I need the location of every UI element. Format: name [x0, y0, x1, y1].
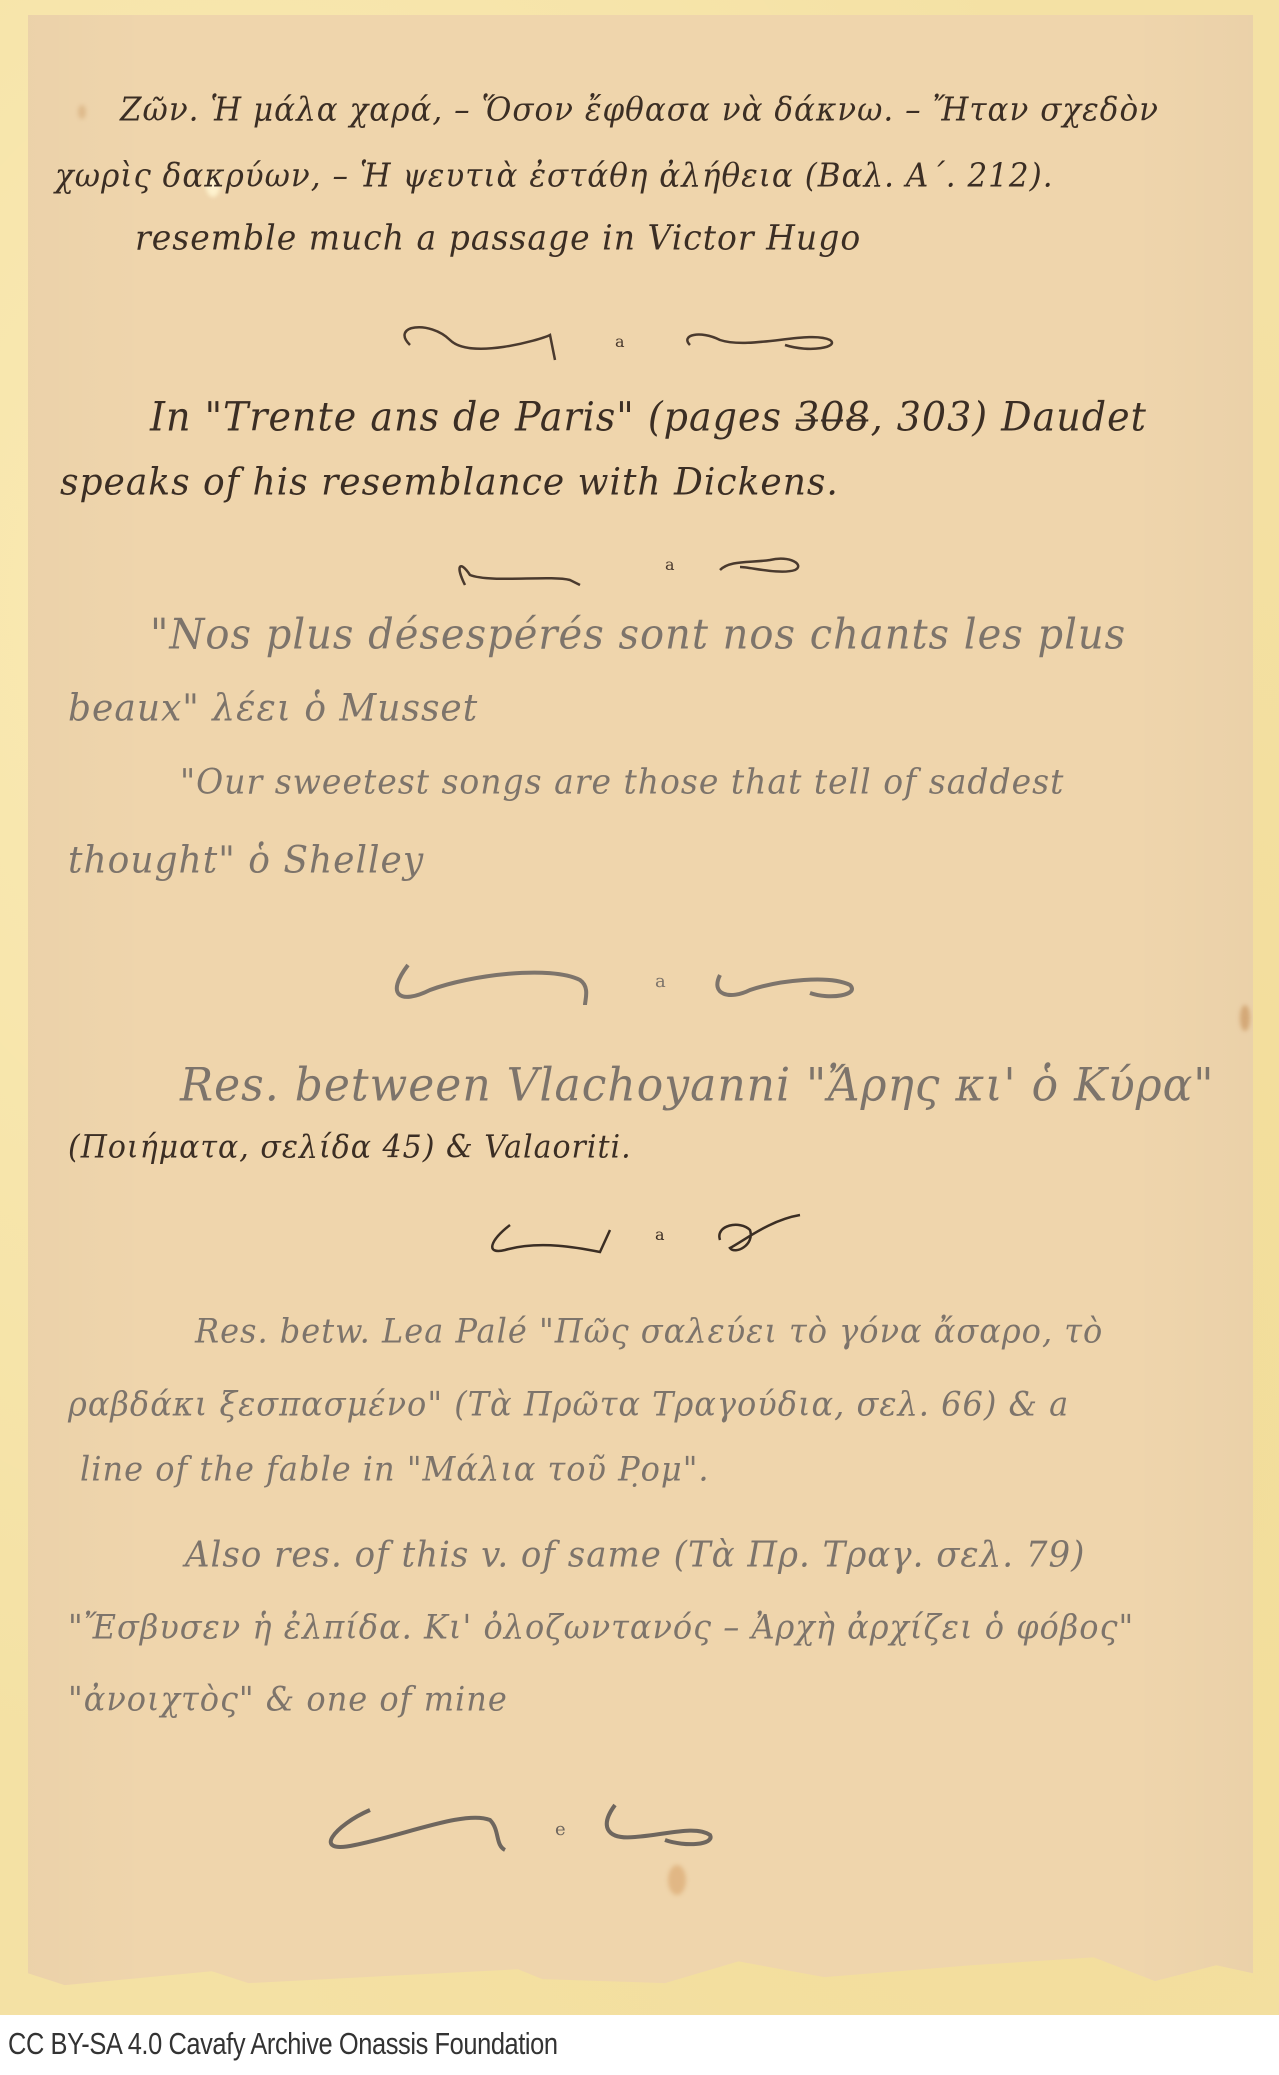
manuscript-line: speaks of his resemblance with Dickens. — [60, 461, 839, 504]
manuscript-line: (Ποιήματα, σελίδα 45) & Valaoriti. — [68, 1129, 632, 1166]
section-divider-flourish: a — [390, 945, 910, 1015]
svg-text:e: e — [555, 1819, 566, 1840]
manuscript-line: Res. betw. Lea Palé "Πῶς σαλεύει τὸ γόνα… — [195, 1311, 1103, 1351]
svg-text:a: a — [655, 971, 666, 992]
section-divider-flourish: e — [315, 1795, 835, 1865]
manuscript-line: thought" ὁ Shelley — [68, 839, 424, 882]
svg-text:a: a — [615, 332, 625, 351]
manuscript-line: "ἀνοιχτὸς" & one of mine — [68, 1679, 508, 1719]
license-credit: CC BY-SA 4.0 Cavafy Archive Onassis Foun… — [8, 2026, 558, 2062]
manuscript-line: beaux" λέει ὁ Musset — [68, 687, 478, 730]
manuscript-line: Also res. of this v. of same (Τὰ Πρ. Τρα… — [185, 1534, 1085, 1576]
manuscript-line: Ζῶν. Ἡ μάλα χαρά, – Ὅσον ἔφθασα νὰ δάκνω… — [120, 91, 1159, 129]
svg-text:a: a — [665, 555, 675, 574]
svg-text:a: a — [655, 1225, 665, 1244]
section-divider-flourish: a — [450, 545, 850, 600]
paper-stain — [78, 105, 86, 119]
manuscript-line: line of the fable in "Μάλια τοῦ Ρ̣ομ". — [80, 1449, 710, 1489]
paper-stain — [1240, 1005, 1250, 1031]
manuscript-line: "Ἔσβυσεν ἡ ἐλπίδα. Κι' ὀλοζωντανός – Ἀρχ… — [68, 1607, 1134, 1647]
paper-stain — [668, 1865, 686, 1895]
manuscript-line: ραβδάκι ξεσπασμένο" (Τὰ Πρῶτα Τραγούδια,… — [68, 1384, 1069, 1424]
manuscript-line: resemble much a passage in Victor Hugo — [135, 217, 861, 258]
manuscript-line: χωρὶς δακρύων, – Ἡ ψευτιὰ ἐστάθη ἀλήθεια… — [55, 157, 1054, 195]
manuscript-line: "Our sweetest songs are those that tell … — [180, 761, 1064, 802]
manuscript-line: Res. between Vlachoyanni "Ἄρης κι' ὁ Κύρ… — [180, 1059, 1215, 1113]
section-divider-flourish: a — [390, 315, 870, 375]
manuscript-line: In "Trente ans de Paris" (pages 3̶0̶8̶, … — [150, 394, 1147, 440]
section-divider-flourish: a — [480, 1210, 900, 1270]
manuscript-line: "Nos plus désespérés sont nos chants les… — [150, 611, 1126, 659]
